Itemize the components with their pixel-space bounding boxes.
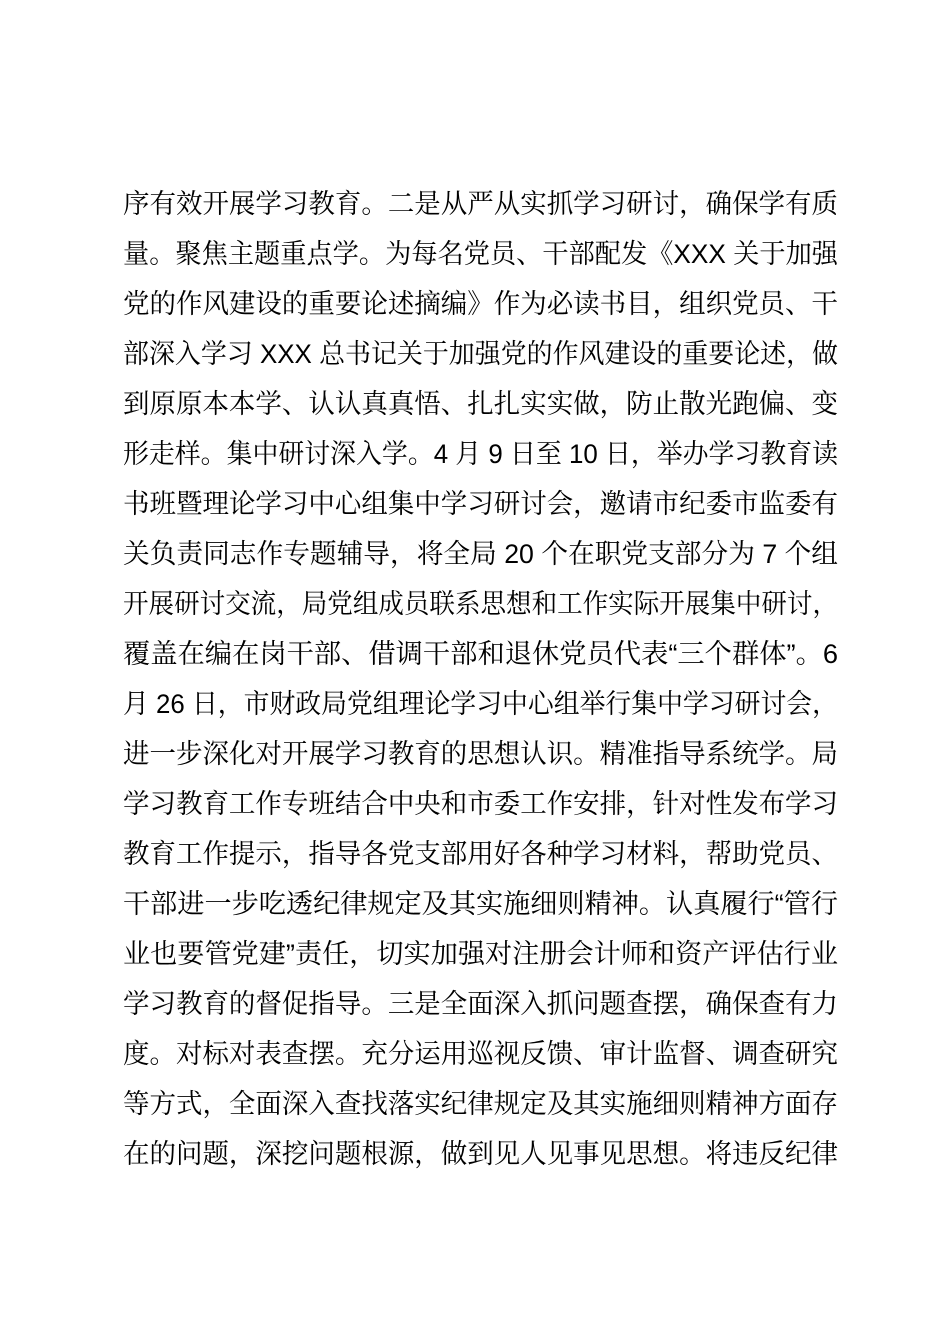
document-line: 学习教育的督促指导。三是全面深入抓问题查摆，确保查有力 <box>123 979 838 1029</box>
document-line: 在的问题，深挖问题根源，做到见人见事见思想。将违反纪律 <box>123 1129 838 1179</box>
document-line: 月 26 日，市财政局党组理论学习中心组举行集中学习研讨会， <box>123 679 838 729</box>
document-line-text: 学习教育的督促指导。三是全面深入抓问题查摆，确保查有力 <box>123 979 838 1029</box>
document-line: 党的作风建设的重要论述摘编》作为必读书目，组织党员、干 <box>123 279 838 329</box>
document-text-block: 序有效开展学习教育。二是从严从实抓学习研讨，确保学有质量。聚焦主题重点学。为每名… <box>123 179 838 1179</box>
document-page: 序有效开展学习教育。二是从严从实抓学习研讨，确保学有质量。聚焦主题重点学。为每名… <box>0 0 950 1344</box>
document-line-text: 业也要管党建”责任，切实加强对注册会计师和资产评估行业 <box>123 929 838 979</box>
document-line-text: 序有效开展学习教育。二是从严从实抓学习研讨，确保学有质 <box>123 179 838 229</box>
document-line: 进一步深化对开展学习教育的思想认识。精准指导系统学。局 <box>123 729 838 779</box>
document-line: 业也要管党建”责任，切实加强对注册会计师和资产评估行业 <box>123 929 838 979</box>
document-line-text: 关负责同志作专题辅导，将全局 20 个在职党支部分为 7 个组 <box>123 529 838 579</box>
document-line: 度。对标对表查摆。充分运用巡视反馈、审计监督、调查研究 <box>123 1029 838 1079</box>
document-line: 关负责同志作专题辅导，将全局 20 个在职党支部分为 7 个组 <box>123 529 838 579</box>
document-line: 到原原本本学、认认真真悟、扎扎实实做，防止散光跑偏、变 <box>123 379 838 429</box>
document-line: 形走样。集中研讨深入学。4 月 9 日至 10 日，举办学习教育读 <box>123 429 838 479</box>
document-line-text: 在的问题，深挖问题根源，做到见人见事见思想。将违反纪律 <box>123 1129 838 1179</box>
document-line-text: 进一步深化对开展学习教育的思想认识。精准指导系统学。局 <box>123 729 838 779</box>
document-line: 开展研讨交流，局党组成员联系思想和工作实际开展集中研讨， <box>123 579 838 629</box>
document-line-text: 书班暨理论学习中心组集中学习研讨会，邀请市纪委市监委有 <box>123 479 838 529</box>
document-line-text: 教育工作提示，指导各党支部用好各种学习材料，帮助党员、 <box>123 829 838 879</box>
document-line-text: 到原原本本学、认认真真悟、扎扎实实做，防止散光跑偏、变 <box>123 379 838 429</box>
document-line: 学习教育工作专班结合中央和市委工作安排，针对性发布学习 <box>123 779 838 829</box>
document-line-text: 开展研讨交流，局党组成员联系思想和工作实际开展集中研讨， <box>123 579 838 629</box>
document-line: 书班暨理论学习中心组集中学习研讨会，邀请市纪委市监委有 <box>123 479 838 529</box>
document-line: 部深入学习 XXX 总书记关于加强党的作风建设的重要论述，做 <box>123 329 838 379</box>
document-line-text: 等方式，全面深入查找落实纪律规定及其实施细则精神方面存 <box>123 1079 838 1129</box>
document-line-text: 量。聚焦主题重点学。为每名党员、干部配发《XXX 关于加强 <box>123 229 838 279</box>
document-line-text: 干部进一步吃透纪律规定及其实施细则精神。认真履行“管行 <box>123 879 838 929</box>
document-line: 干部进一步吃透纪律规定及其实施细则精神。认真履行“管行 <box>123 879 838 929</box>
document-line-text: 部深入学习 XXX 总书记关于加强党的作风建设的重要论述，做 <box>123 329 838 379</box>
document-line-text: 形走样。集中研讨深入学。4 月 9 日至 10 日，举办学习教育读 <box>123 429 838 479</box>
document-line: 等方式，全面深入查找落实纪律规定及其实施细则精神方面存 <box>123 1079 838 1129</box>
document-line: 教育工作提示，指导各党支部用好各种学习材料，帮助党员、 <box>123 829 838 879</box>
document-line-text: 月 26 日，市财政局党组理论学习中心组举行集中学习研讨会， <box>123 679 838 729</box>
document-line-text: 度。对标对表查摆。充分运用巡视反馈、审计监督、调查研究 <box>123 1029 838 1079</box>
document-line-text: 学习教育工作专班结合中央和市委工作安排，针对性发布学习 <box>123 779 838 829</box>
document-line: 序有效开展学习教育。二是从严从实抓学习研讨，确保学有质 <box>123 179 838 229</box>
document-line: 覆盖在编在岗干部、借调干部和退休党员代表“三个群体”。6 <box>123 629 838 679</box>
document-line-text: 覆盖在编在岗干部、借调干部和退休党员代表“三个群体”。6 <box>123 629 838 679</box>
document-line: 量。聚焦主题重点学。为每名党员、干部配发《XXX 关于加强 <box>123 229 838 279</box>
document-line-text: 党的作风建设的重要论述摘编》作为必读书目，组织党员、干 <box>123 279 838 329</box>
